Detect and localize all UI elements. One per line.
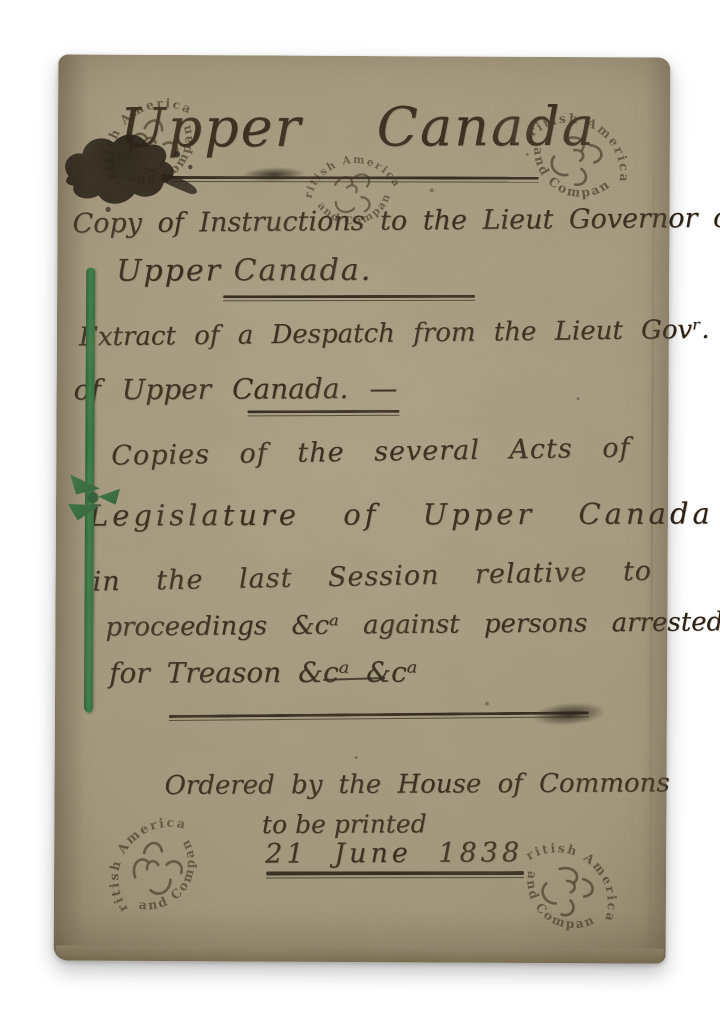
ink-blot (53, 108, 212, 222)
ink-rule-2 (223, 295, 475, 301)
foxing-speck (355, 756, 358, 759)
ink-rule-bottom (266, 871, 524, 878)
ink-rule-4 (169, 711, 589, 721)
foxing-speck (430, 188, 434, 192)
foxing-speck (577, 397, 580, 400)
ribbon-knot (88, 493, 98, 503)
handwritten-line-s3-l1: Copies of the several Acts of (111, 433, 631, 472)
ribbon-bow-wing (70, 474, 100, 494)
handwritten-line-s1-l2: Upper Canada. (116, 253, 372, 289)
foxing-speck (526, 153, 529, 156)
handwritten-line-s3-l2: Legislature of Upper Canada (89, 496, 714, 532)
handwritten-line-s4-l1: Ordered by the House of Commons (164, 769, 584, 801)
ribbon-bow (64, 472, 128, 526)
handwritten-line-s3-l3: in the last Session relative to (92, 556, 652, 598)
ribbon-bow-wing (98, 489, 120, 505)
handwritten-line-s3-l5: for Treason &cᵃ &cᵃ (109, 656, 417, 690)
handwritten-line-s2-l1: Extract of a Despatch from the Lieut Gov… (79, 315, 710, 353)
document-cover: British American Land Company British Am… (54, 54, 671, 963)
handwritten-line-s4-l2: to be printed (134, 809, 554, 840)
handwritten-line-s3-l4: proceedings &cᵃ against persons arrested (105, 607, 720, 642)
ink-rule-3 (247, 410, 399, 417)
ink-rule-under-title (171, 176, 539, 183)
photograph-background: { "background_color": "#ffffff", "paper"… (0, 0, 720, 1024)
ink-smear-small (243, 167, 305, 183)
foxing-speck (485, 702, 489, 706)
foxing-speck (215, 615, 218, 618)
ink-smear (532, 700, 606, 728)
handwritten-line-s2-l2: of Upper Canada. — (74, 372, 398, 407)
handwritten-line-s4-l3: 21 June 1838 (184, 837, 604, 870)
